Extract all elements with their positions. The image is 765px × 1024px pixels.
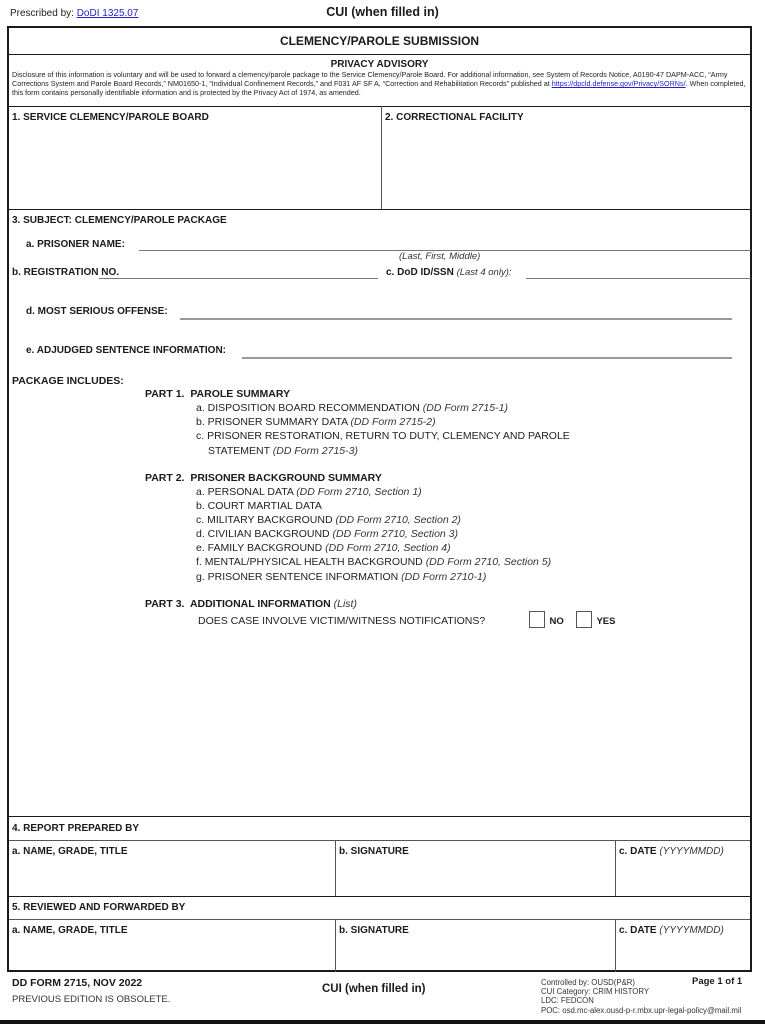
part2-title: PRISONER BACKGROUND SUMMARY	[190, 472, 382, 484]
list-item: a. DISPOSITION BOARD RECOMMENDATION (DD …	[196, 402, 570, 416]
list-item: g. PRISONER SENTENCE INFORMATION (DD For…	[196, 571, 551, 585]
list-item: d. CIVILIAN BACKGROUND (DD Form 2710, Se…	[196, 528, 551, 542]
part1-list: a. DISPOSITION BOARD RECOMMENDATION (DD …	[196, 402, 570, 459]
section5-signature-label: b. SIGNATURE	[339, 925, 409, 936]
list-item: f. MENTAL/PHYSICAL HEALTH BACKGROUND (DD…	[196, 556, 551, 570]
reviewed-by-date-input[interactable]	[619, 940, 751, 970]
privacy-advisory-title: PRIVACY ADVISORY	[9, 59, 750, 70]
part1-title: PAROLE SUMMARY	[190, 388, 290, 400]
list-item: a. PERSONAL DATA (DD Form 2710, Section …	[196, 486, 551, 500]
yes-checkbox[interactable]	[576, 611, 592, 628]
section2-label: 2. CORRECTIONAL FACILITY	[385, 112, 524, 123]
form-frame: CLEMENCY/PAROLE SUBMISSION PRIVACY ADVIS…	[7, 26, 752, 972]
package-includes-label: PACKAGE INCLUDES:	[12, 375, 124, 387]
form-title: CLEMENCY/PAROLE SUBMISSION	[9, 34, 750, 48]
prepared-by-name-input[interactable]	[12, 862, 334, 892]
dod-id-label: c. DoD ID/SSN	[386, 267, 454, 278]
part1-heading: PART 1. PAROLE SUMMARY	[145, 388, 290, 400]
divider	[615, 919, 616, 972]
part3-number: PART 3.	[145, 598, 184, 610]
offense-input[interactable]	[180, 302, 734, 318]
prepared-by-signature-input[interactable]	[339, 862, 615, 892]
section4-name-label: a. NAME, GRADE, TITLE	[12, 846, 128, 857]
divider	[9, 54, 750, 55]
section5-name-label: a. NAME, GRADE, TITLE	[12, 925, 128, 936]
divider	[9, 106, 750, 107]
sentence-label: e. ADJUDGED SENTENCE INFORMATION:	[26, 345, 226, 356]
poc: POC: osd.mc-alex.ousd-p-r.mbx.upr-legal-…	[541, 1006, 741, 1015]
offense-underline	[180, 318, 732, 320]
list-item: b. PRISONER SUMMARY DATA (DD Form 2715-2…	[196, 416, 570, 430]
section4-signature-label: b. SIGNATURE	[339, 846, 409, 857]
list-item: b. COURT MARTIAL DATA	[196, 500, 551, 514]
sorn-link[interactable]: https://dpcld.defense.gov/Privacy/SORNs/	[552, 79, 686, 88]
divider	[335, 840, 336, 896]
sentence-underline	[242, 357, 732, 359]
bottom-edge	[0, 1020, 765, 1024]
divider	[9, 816, 750, 817]
divider	[9, 209, 750, 210]
cui-marking-bottom: CUI (when filled in)	[322, 983, 426, 995]
correctional-facility-field[interactable]	[385, 126, 749, 210]
no-checkbox[interactable]	[529, 611, 545, 628]
section5-label: 5. REVIEWED AND FORWARDED BY	[12, 902, 185, 913]
divider	[615, 840, 616, 896]
no-label: NO	[549, 616, 563, 627]
privacy-advisory-text: Disclosure of this information is volunt…	[12, 70, 747, 98]
part1-number: PART 1.	[145, 388, 184, 400]
list-item: e. FAMILY BACKGROUND (DD Form 2710, Sect…	[196, 542, 551, 556]
offense-label: d. MOST SERIOUS OFFENSE:	[26, 306, 168, 317]
cui-marking-top: CUI (when filled in)	[0, 5, 765, 19]
list-item: STATEMENT (DD Form 2715-3)	[196, 445, 570, 459]
part2-list: a. PERSONAL DATA (DD Form 2710, Section …	[196, 486, 551, 585]
section5-date-label: c. DATE (YYYYMMDD)	[619, 925, 724, 936]
prepared-by-date-input[interactable]	[619, 862, 751, 892]
form-number: DD FORM 2715, NOV 2022	[12, 977, 142, 989]
section3-label: 3. SUBJECT: CLEMENCY/PAROLE PACKAGE	[12, 215, 227, 226]
yes-option[interactable]: YES	[576, 611, 615, 629]
part2-heading: PART 2. PRISONER BACKGROUND SUMMARY	[145, 472, 382, 484]
section4-label: 4. REPORT PREPARED BY	[12, 823, 139, 834]
divider	[9, 919, 750, 920]
service-board-field[interactable]	[12, 126, 381, 210]
divider	[9, 896, 750, 897]
divider	[381, 106, 382, 209]
reviewed-by-name-input[interactable]	[12, 940, 334, 970]
cui-category: CUI Category: CRIM HISTORY	[541, 987, 741, 996]
dod-id-hint: (Last 4 only):	[457, 267, 512, 278]
no-option[interactable]: NO	[529, 611, 564, 629]
prisoner-name-label: a. PRISONER NAME:	[26, 239, 125, 250]
victim-notification-question: DOES CASE INVOLVE VICTIM/WITNESS NOTIFIC…	[198, 615, 485, 627]
yes-label: YES	[596, 616, 615, 627]
section1-label: 1. SERVICE CLEMENCY/PAROLE BOARD	[12, 112, 209, 123]
ldc: LDC: FEDCON	[541, 996, 741, 1005]
reviewed-by-signature-input[interactable]	[339, 940, 615, 970]
part3-title-hint: (List)	[334, 598, 357, 610]
registration-underline	[99, 278, 378, 279]
list-item: c. PRISONER RESTORATION, RETURN TO DUTY,…	[196, 430, 570, 444]
section4-date-label: c. DATE (YYYYMMDD)	[619, 846, 724, 857]
part3-heading: PART 3. ADDITIONAL INFORMATION (List)	[145, 598, 357, 610]
divider	[9, 840, 750, 841]
dod-id-underline	[526, 278, 751, 279]
page-number: Page 1 of 1	[692, 976, 742, 987]
list-item: c. MILITARY BACKGROUND (DD Form 2710, Se…	[196, 514, 551, 528]
previous-edition-note: PREVIOUS EDITION IS OBSOLETE.	[12, 994, 170, 1005]
sentence-input[interactable]	[242, 341, 734, 357]
part2-number: PART 2.	[145, 472, 184, 484]
part3-title: ADDITIONAL INFORMATION	[190, 598, 331, 610]
dod-id-label-group: c. DoD ID/SSN (Last 4 only):	[386, 267, 512, 278]
divider	[335, 919, 336, 972]
prisoner-name-hint: (Last, First, Middle)	[399, 251, 480, 262]
